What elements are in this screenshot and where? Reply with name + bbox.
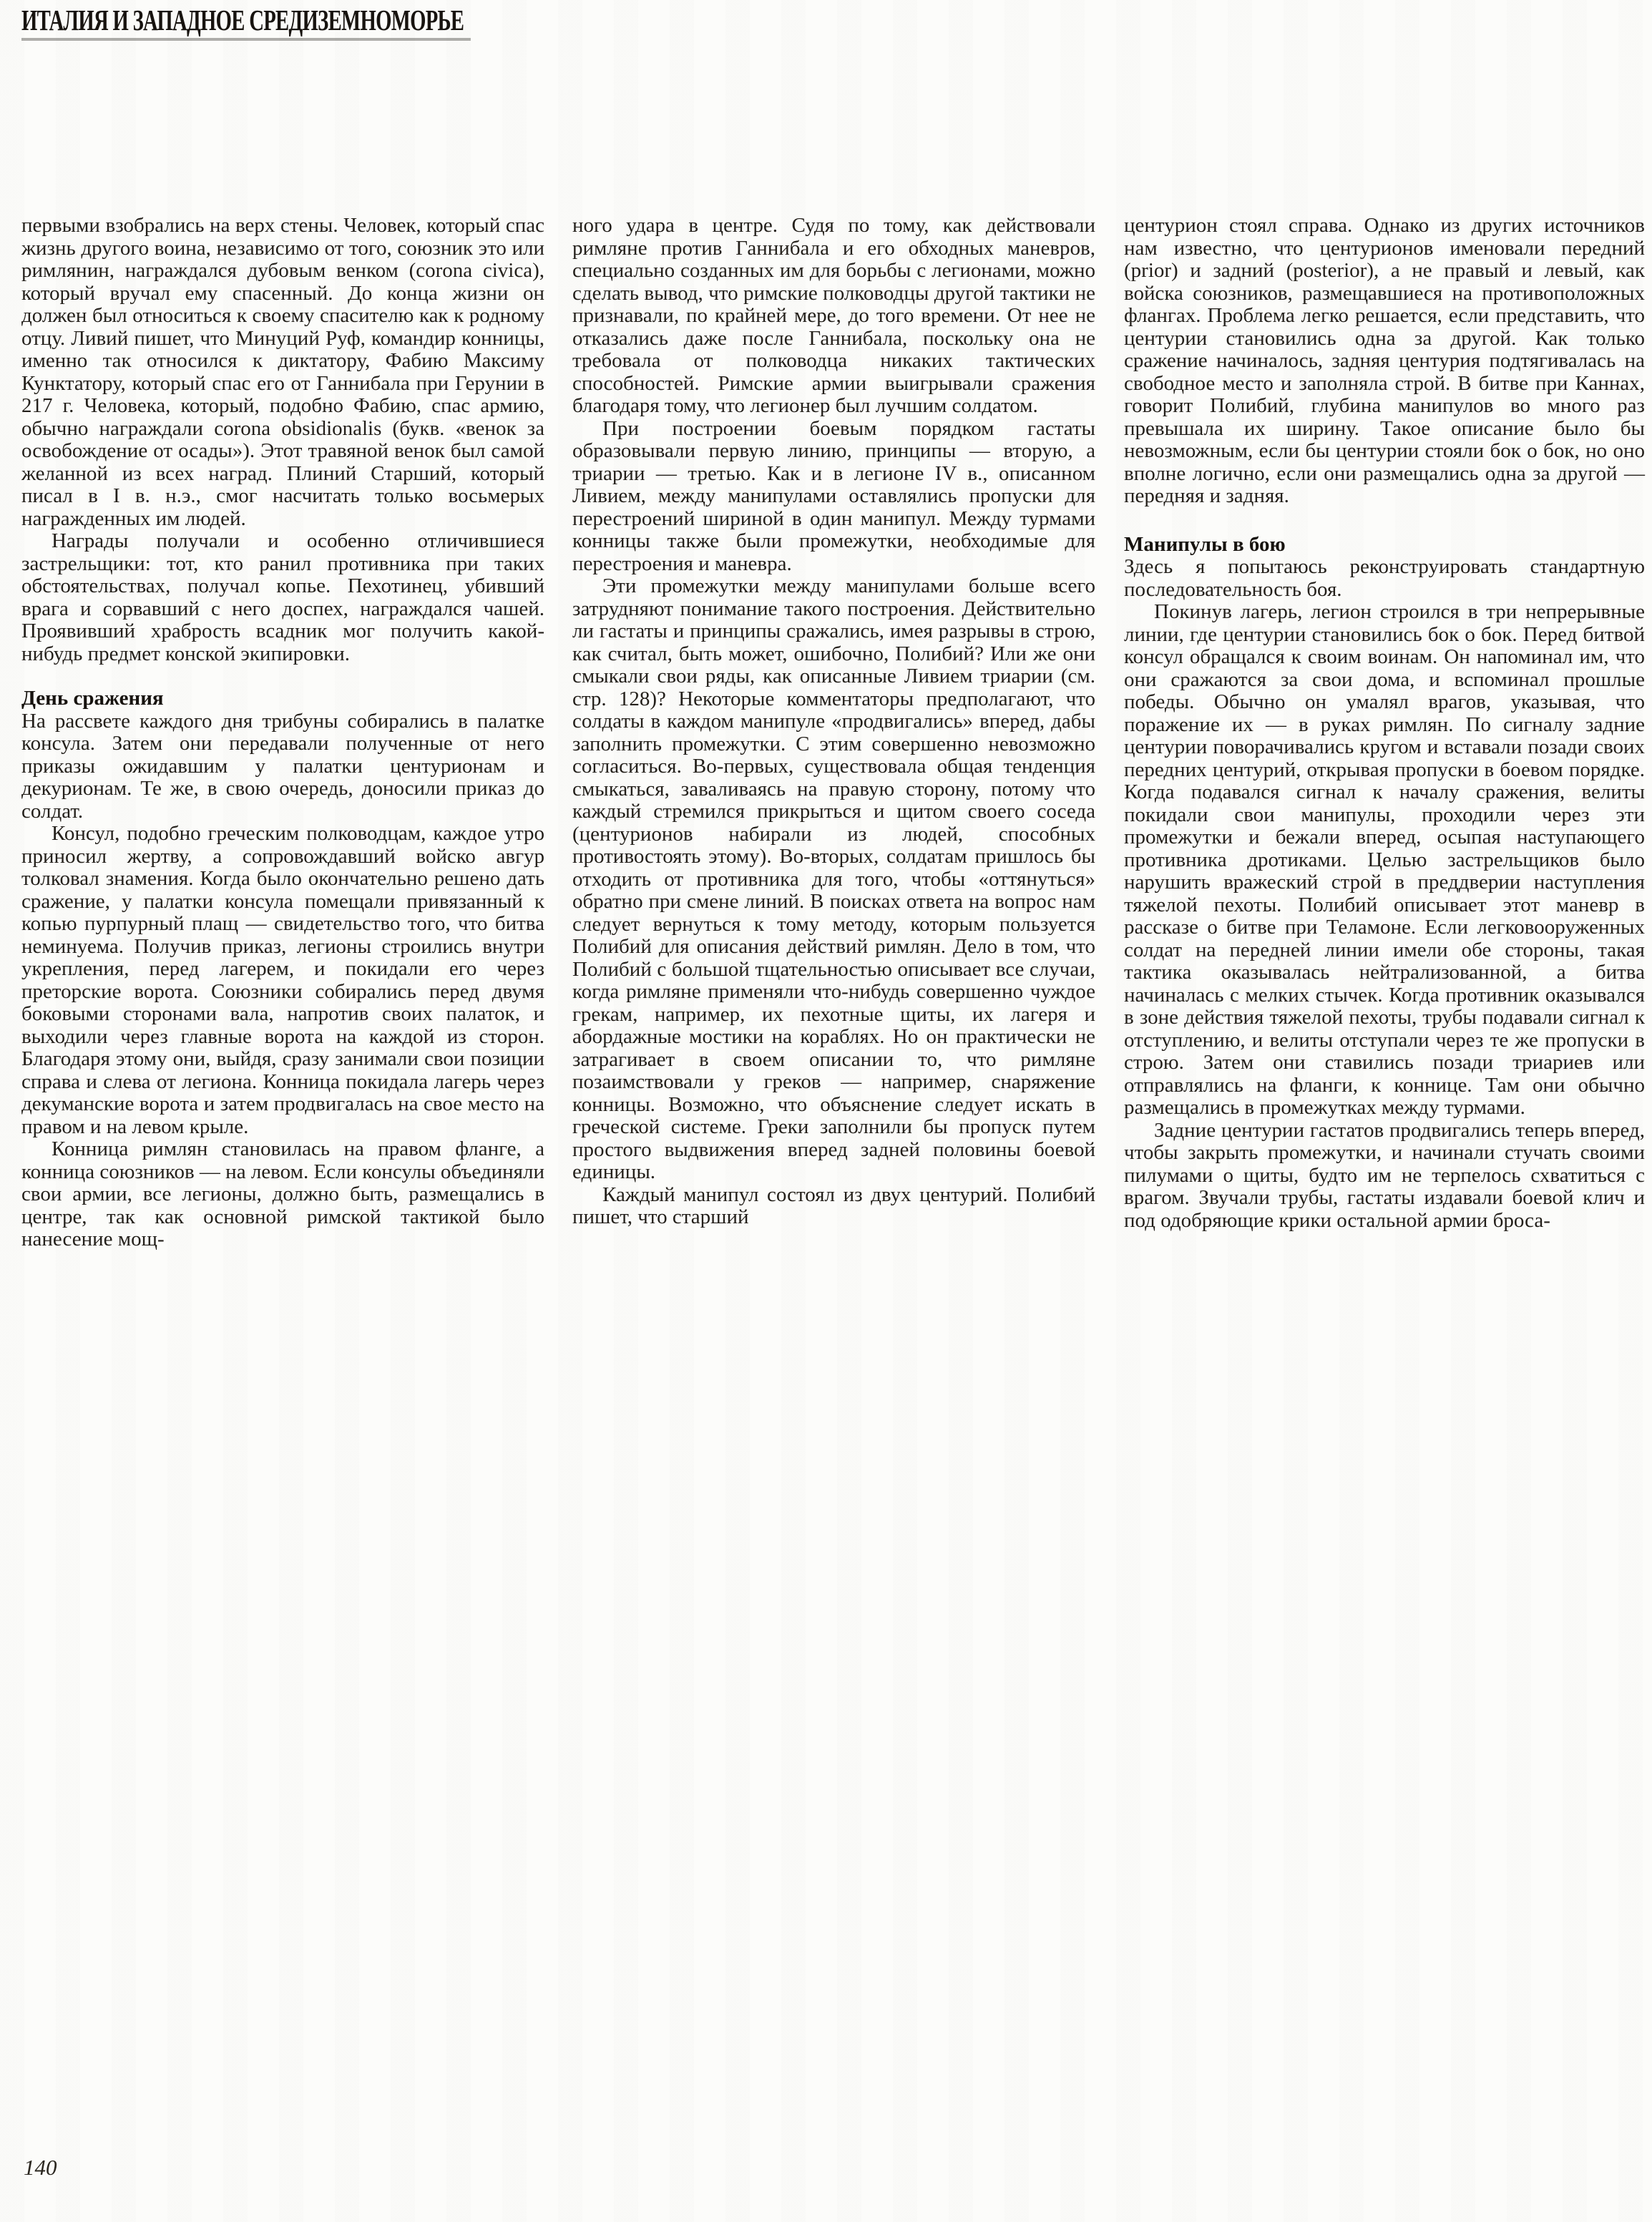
- book-page: ИТАЛИЯ И ЗАПАДНОЕ СРЕДИЗЕМНОМОРЬЕ первым…: [0, 0, 1652, 2222]
- paragraph: На рассвете каждого дня трибуны собирали…: [21, 710, 544, 823]
- paragraph: ного удара в центре. Судя по тому, как д…: [572, 215, 1095, 418]
- paragraph: центурион стоял справа. Однако из других…: [1124, 215, 1645, 508]
- paragraph: Каждый манипул состоял из двух центурий.…: [572, 1184, 1095, 1229]
- paragraph: первыми взобрались на верх стены. Челове…: [21, 215, 544, 530]
- paragraph: Консул, подобно греческим полководцам, к…: [21, 823, 544, 1138]
- paragraph: Награды получали и особенно отличившиеся…: [21, 530, 544, 665]
- paragraph: Здесь я попытаюсь реконструировать станд…: [1124, 556, 1645, 601]
- paragraph: Эти промежутки между манипулами больше в…: [572, 575, 1095, 1184]
- paragraph: Покинув лагерь, легион строился в три не…: [1124, 601, 1645, 1120]
- paragraph: Задние центурии гастатов продвигались те…: [1124, 1120, 1645, 1233]
- paragraph: При построении боевым порядком гастаты о…: [572, 418, 1095, 576]
- text-column-2: ного удара в центре. Судя по тому, как д…: [572, 215, 1095, 1229]
- paragraph: Конница римлян становилась на правом фла…: [21, 1138, 544, 1251]
- text-column-3: центурион стоял справа. Однако из других…: [1124, 215, 1645, 1232]
- page-header-title: ИТАЛИЯ И ЗАПАДНОЕ СРЕДИЗЕМНОМОРЬЕ: [21, 4, 471, 41]
- text-column-1: первыми взобрались на верх стены. Челове…: [21, 215, 544, 1251]
- page-number: 140: [24, 2155, 57, 2181]
- section-heading-maniples-in-battle: Манипулы в бою: [1124, 534, 1645, 557]
- section-heading-day-of-battle: День сражения: [21, 687, 544, 710]
